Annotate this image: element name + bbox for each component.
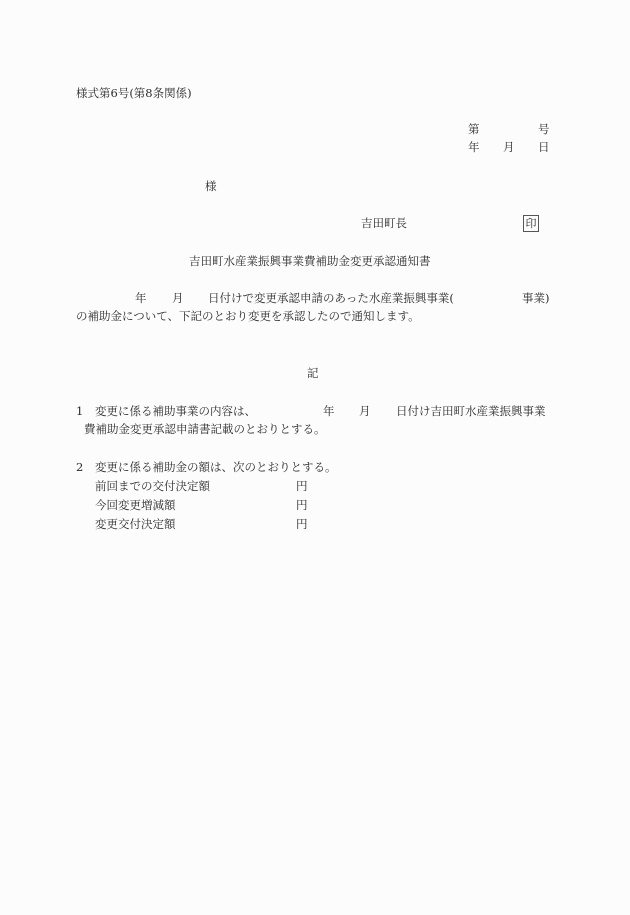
amount-unit-change: 円 <box>296 500 308 512</box>
doc-number-prefix: 第 <box>468 124 480 136</box>
amount-unit-previous: 円 <box>296 481 308 493</box>
body-year: 年 <box>135 293 147 305</box>
body-line2: の補助金について、下記のとおり変更を承認したので通知します。 <box>76 311 420 323</box>
item1-number: 1 <box>76 406 83 418</box>
amount-label-previous: 前回までの交付決定額 <box>95 481 210 493</box>
body-line1-text: 日付けで変更承認申請のあった水産業振興事業( <box>208 293 454 305</box>
document-title: 吉田町水産業振興事業費補助金変更承認通知書 <box>189 256 431 268</box>
body-line1-end: 事業) <box>522 293 550 305</box>
doc-number-suffix: 号 <box>538 124 550 136</box>
item1-text: 変更に係る補助事業の内容は、 <box>95 406 256 418</box>
amount-label-change: 今回変更増減額 <box>95 500 176 512</box>
item1-tail: 日付け吉田町水産業振興事業 <box>396 406 546 418</box>
item1-line2: 費補助金変更承認申請書記載のとおりとする。 <box>84 424 326 436</box>
amount-label-final: 変更交付決定額 <box>95 519 176 531</box>
issuer-name: 吉田町長 <box>361 218 407 230</box>
form-label: 様式第6号(第8条関係) <box>76 88 192 100</box>
item2-text: 変更に係る補助金の額は、次のとおりとする。 <box>95 462 337 474</box>
addressee-suffix: 様 <box>205 181 217 193</box>
item1-month: 月 <box>359 406 371 418</box>
date-month: 月 <box>503 142 515 154</box>
amount-unit-final: 円 <box>296 519 308 531</box>
seal-stamp: 印 <box>523 215 539 232</box>
date-day: 日 <box>538 142 550 154</box>
ki-heading: 記 <box>307 368 319 380</box>
item2-number: 2 <box>76 462 83 474</box>
body-month: 月 <box>172 293 184 305</box>
date-year: 年 <box>468 142 480 154</box>
item1-year: 年 <box>323 406 335 418</box>
